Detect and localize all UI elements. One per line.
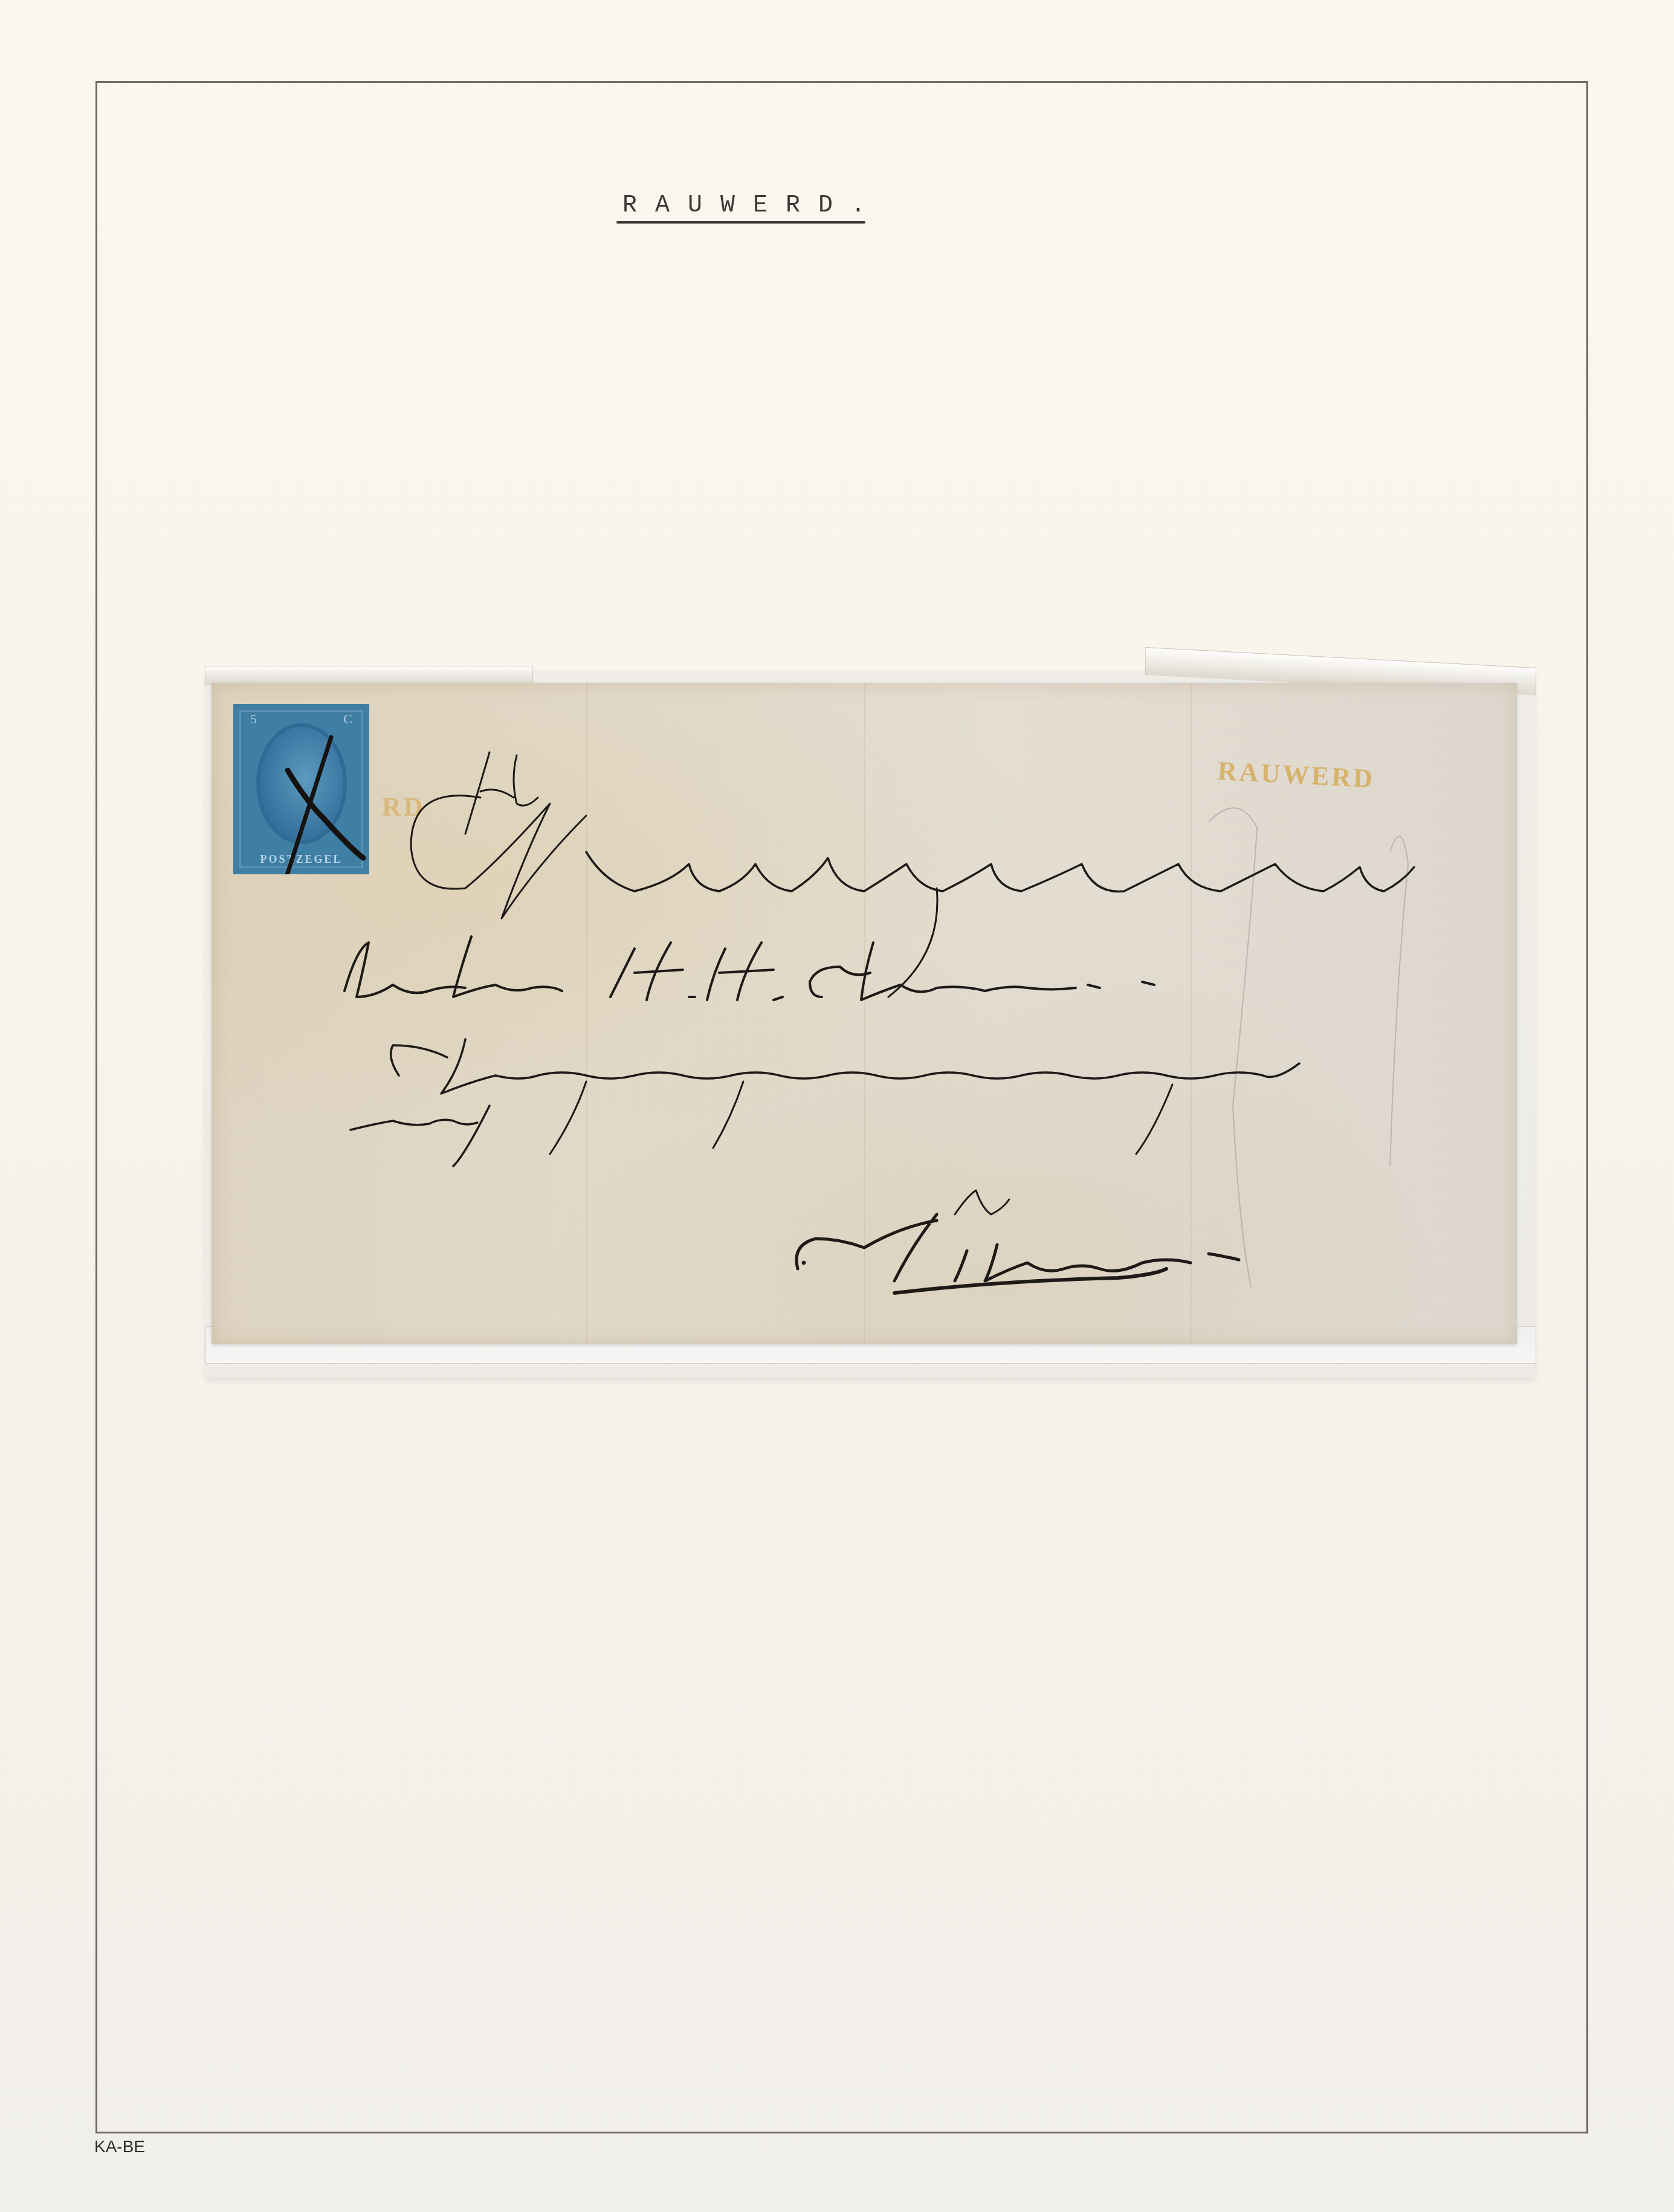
handwritten-address <box>212 683 1517 1344</box>
heading-underline <box>616 221 865 224</box>
album-page-code: KA-BE <box>94 2137 145 2156</box>
page-heading: RAUWERD. <box>622 192 884 219</box>
